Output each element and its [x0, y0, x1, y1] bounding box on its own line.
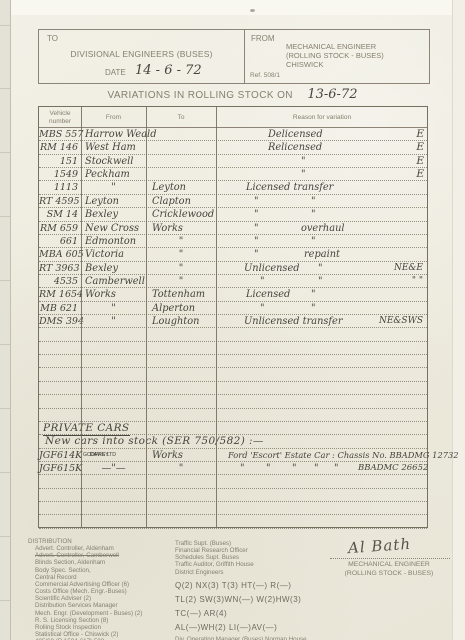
reason-value: " [311, 208, 316, 221]
table-row: MBS 557Harrow WealdDelicensedE [39, 128, 427, 141]
table-row: New cars into stock (SER 750/582) :— [39, 435, 427, 448]
reason-value: Unlicensed [244, 262, 300, 275]
reason-value: " [311, 302, 316, 315]
form-title-date-handwritten: 13-6-72 [307, 87, 357, 102]
distribution-item: Costs Office (Mech. Engr.-Buses) [28, 588, 178, 595]
col-header-vehicle-line1: Vehicle [50, 110, 71, 117]
signatory-role-line1: MECHANICAL ENGINEER [348, 561, 430, 568]
reason-value: " [334, 462, 339, 475]
table-row [39, 368, 427, 381]
note-value: E [416, 155, 424, 168]
distribution-list: DISTRIBUTION Advert. Controller, Aldenha… [28, 538, 178, 640]
column-line-2 [146, 107, 147, 527]
distribution-item: Central Record [28, 574, 178, 581]
header-box: TO DIVISIONAL ENGINEERS (BUSES) DATE 14 … [38, 29, 430, 84]
to-value: Works [152, 449, 183, 462]
table-row: PRIVATE CARS [39, 422, 427, 435]
reason-value: Relicensed [268, 141, 322, 154]
reference-number: Ref. 508/1 [250, 72, 280, 79]
vehicle-number: 151 [39, 155, 78, 168]
vehicle-number: RM 146 [39, 141, 78, 154]
from-value: " [81, 315, 146, 328]
scanned-form-page: TO DIVISIONAL ENGINEERS (BUSES) DATE 14 … [0, 0, 465, 640]
garage-code-line: Q(2) NX(3) T(3) HT(—) R(—) [175, 581, 301, 595]
table-row: MB 621"Alperton"" [39, 302, 427, 315]
vehicle-number: MBS 557 [39, 128, 78, 141]
signature-line [330, 558, 450, 559]
to-value: " [146, 235, 216, 248]
margin-rule-line [0, 280, 10, 281]
vehicle-number: 661 [39, 235, 78, 248]
vehicle-number: RT 4595 [39, 195, 78, 208]
date-value-handwritten: 14 - 6 - 72 [135, 63, 202, 78]
table-header-row: Vehicle number From To Reason for variat… [39, 107, 427, 128]
rolling-stock-table: Vehicle number From To Reason for variat… [38, 106, 428, 528]
table-row: SM 14BexleyCricklewood"" [39, 208, 427, 221]
distribution-item: District Engineers [175, 569, 254, 576]
from-value: Bexley [85, 262, 118, 275]
reason-value: " [301, 155, 306, 168]
garage-code-line: AL(—)WH(2) LI(—)AV(—) [175, 623, 301, 637]
table-row [39, 489, 427, 502]
to-value: Leyton [152, 181, 186, 194]
table-row: JGF614KGODFREYDAVIS LTDWorksFord 'Escort… [39, 449, 427, 462]
reason-value: " [292, 462, 297, 475]
reason-value: " [266, 462, 271, 475]
reason-value: " [318, 262, 323, 275]
col-header-from: From [81, 114, 146, 122]
reason-value: Licensed transfer [246, 181, 333, 194]
form-title: VARIATIONS IN ROLLING STOCK ON 13-6-72 [0, 85, 465, 103]
table-row: RM 1654WorksTottenhamLicensed" [39, 288, 427, 301]
table-row [39, 342, 427, 355]
to-value: " [146, 248, 216, 261]
reason-value: " [254, 222, 259, 235]
section-label: New cars into stock (SER 750/582) :— [45, 435, 264, 448]
margin-rule-line [0, 472, 10, 473]
reason-value: " [311, 195, 316, 208]
from-value: Stockwell [85, 155, 133, 168]
vehicle-number: JGF614K [39, 449, 78, 462]
form-title-printed: VARIATIONS IN ROLLING STOCK ON [108, 90, 293, 101]
table-row: 661Edmonton""" [39, 235, 427, 248]
to-value: Works [152, 222, 183, 235]
distribution-item: Scientific Adviser (2) [28, 595, 178, 602]
from-value: Leyton [85, 195, 119, 208]
table-row [39, 502, 427, 515]
distribution-item: Financial Research Officer [175, 547, 254, 554]
distribution-list-middle: Traffic Supt. (Buses)Financial Research … [175, 540, 254, 576]
note-value: E [416, 168, 424, 181]
margin-rule-line [0, 25, 10, 26]
col-header-to: To [146, 114, 216, 122]
from-value: —"— [81, 462, 146, 475]
to-value: " [146, 262, 216, 275]
from-line1: MECHANICAL ENGINEER [286, 42, 376, 51]
distribution-item: Statistical Office - Chiswick (2) [28, 631, 178, 638]
reason-value: Unlicensed transfer [244, 315, 343, 328]
vehicle-number: 1549 [39, 168, 78, 181]
reason-value: " [311, 288, 316, 301]
table-row: DMS 394"LoughtonUnlicensed transferNE&SW… [39, 315, 427, 328]
table-row: 1113"LeytonLicensed transfer [39, 181, 427, 194]
reason-value: " [301, 168, 306, 181]
distribution-item: Distribution Services Manager [28, 602, 178, 609]
signatory-role: MECHANICAL ENGINEER (ROLLING STOCK - BUS… [324, 561, 454, 578]
distribution-item: Body Spec. Section, [28, 567, 178, 574]
distribution-item: Traffic Auditor, Griffith House [175, 561, 254, 568]
margin-rule-line [0, 344, 10, 345]
note-value: NE&SWS [379, 315, 423, 328]
reason-value: " [318, 275, 323, 288]
table-row: JGF615K—"—""""""BBADMC 26652 [39, 462, 427, 475]
reason-value: " [254, 195, 259, 208]
from-value: Bexley [85, 208, 118, 221]
table-row [39, 355, 427, 368]
distribution-item: Advert. Controller, Aldenham [28, 545, 178, 552]
distribution-item: Traffic Supt. (Buses) [175, 540, 254, 547]
distribution-item: Advert. Controller, Camberwell [28, 552, 178, 559]
from-value: Works [85, 288, 116, 301]
from-value: Camberwell [85, 275, 145, 288]
garage-code-line: TC(—) AR(4) [175, 609, 301, 623]
vehicle-number: 1113 [39, 181, 78, 194]
scan-edge-top [0, 0, 465, 15]
table-row [39, 475, 427, 488]
from-value: " [81, 181, 146, 194]
margin-rule-line [0, 216, 10, 217]
reason-value: " [311, 235, 316, 248]
from-value: Peckham [85, 168, 130, 181]
vehicle-number: RM 659 [39, 222, 78, 235]
to-value: DIVISIONAL ENGINEERS (BUSES) [39, 49, 244, 59]
table-row: RT 3963Bexley"Unlicensed"NE&E [39, 262, 427, 275]
table-row [39, 515, 427, 528]
to-value: Tottenham [152, 288, 205, 301]
to-value: Clapton [152, 195, 191, 208]
distribution-item: Commercial Advertising Officer (6) [28, 581, 178, 588]
col-header-vehicle-line2: number [49, 118, 71, 125]
margin-rule-line [0, 408, 10, 409]
note-value: E [416, 141, 424, 154]
reason-value: " [260, 275, 265, 288]
margin-rule-line [0, 88, 10, 89]
reason-value: Licensed [246, 288, 290, 301]
distribution-item: Schedules Supt. Buses [175, 554, 254, 561]
distribution-title: DISTRIBUTION [28, 538, 178, 545]
table-row: 151Stockwell"E [39, 155, 427, 168]
reason-value: " [260, 302, 265, 315]
vehicle-number: 4535 [39, 275, 78, 288]
to-value: Alperton [152, 302, 195, 315]
table-row [39, 409, 427, 422]
section-label: PRIVATE CARS [43, 422, 130, 436]
note-value: " " [412, 275, 423, 288]
to-value: " [146, 462, 216, 475]
vehicle-number: JGF615K [39, 462, 78, 475]
header-divider [244, 30, 245, 83]
to-value: " [146, 275, 216, 288]
reason-value: " [314, 462, 319, 475]
ink-smudge [250, 9, 255, 12]
vehicle-number: MBA 605 [39, 248, 78, 261]
reason-value: repaint [304, 248, 340, 261]
column-line-1 [81, 107, 82, 527]
distribution-item: Blinds Section, Aldenham [28, 559, 178, 566]
table-row: RT 4595LeytonClapton"" [39, 195, 427, 208]
garage-code-counts: Q(2) NX(3) T(3) HT(—) R(—)TL(2) SW(3)WN(… [175, 581, 301, 637]
to-label: TO [47, 34, 58, 43]
table-row: RM 659New CrossWorks"overhaul [39, 222, 427, 235]
from-value: New Cross [85, 222, 139, 235]
column-line-3 [216, 107, 217, 527]
signatory-role-line2: (ROLLING STOCK - BUSES) [345, 570, 434, 577]
margin-rule-line [0, 600, 10, 601]
from-line3: CHISWICK [286, 60, 324, 69]
from-value: West Ham [85, 141, 136, 154]
from-value: Edmonton [85, 235, 136, 248]
from-label: FROM [251, 34, 275, 43]
vehicle-number: SM 14 [39, 208, 78, 221]
note-value: E [416, 128, 424, 141]
reason-value: Delicensed [268, 128, 323, 141]
vehicle-number: DMS 394 [39, 315, 78, 328]
note-value: NE&E [394, 262, 423, 275]
margin-rule-line [0, 536, 10, 537]
to-value: Loughton [152, 315, 199, 328]
from-value: Victoria [85, 248, 124, 261]
reason-value: " [254, 235, 259, 248]
table-row [39, 328, 427, 341]
table-row [39, 395, 427, 408]
reason-value: " [254, 208, 259, 221]
table-body: MBS 557Harrow WealdDelicensedERM 146West… [39, 128, 427, 528]
reason-value: Ford 'Escort' Estate Car : Chassis No. B… [228, 449, 459, 462]
distribution-item: R. S. Licensing Section (8) [28, 617, 178, 624]
vehicle-number: MB 621 [39, 302, 78, 315]
table-row: 1549Peckham"E [39, 168, 427, 181]
distribution-item: Rolling Stock Inspection [28, 624, 178, 631]
to-value: Cricklewood [152, 208, 214, 221]
from-line2: (ROLLING STOCK - BUSES) [286, 51, 384, 60]
vehicle-number: RT 3963 [39, 262, 78, 275]
table-row: RM 146West HamRelicensedE [39, 141, 427, 154]
cutoff-line: Div. Operating Manager (Buses) Norman Ho… [175, 636, 307, 640]
col-header-reason: Reason for variation [216, 114, 428, 122]
col-header-vehicle-number: Vehicle number [39, 110, 81, 125]
margin-rule-line [0, 152, 10, 153]
table-row: 4535Camberwell"""" " [39, 275, 427, 288]
signature: Al Bath [347, 535, 411, 557]
reason-value: " [240, 462, 245, 475]
reason-value: BBADMC 26652 [358, 462, 428, 475]
reason-value: " [254, 248, 259, 261]
table-row [39, 382, 427, 395]
distribution-item: Mech. Engr. (Development - Buses) (2) [28, 610, 178, 617]
table-row: MBA 605Victoria""repaint [39, 248, 427, 261]
date-label: DATE [105, 68, 126, 77]
from-value: " [81, 302, 146, 315]
garage-code-line: TL(2) SW(3)WN(—) W(2)HW(3) [175, 595, 301, 609]
reason-value: overhaul [301, 222, 345, 235]
vehicle-number: RM 1654 [39, 288, 78, 301]
